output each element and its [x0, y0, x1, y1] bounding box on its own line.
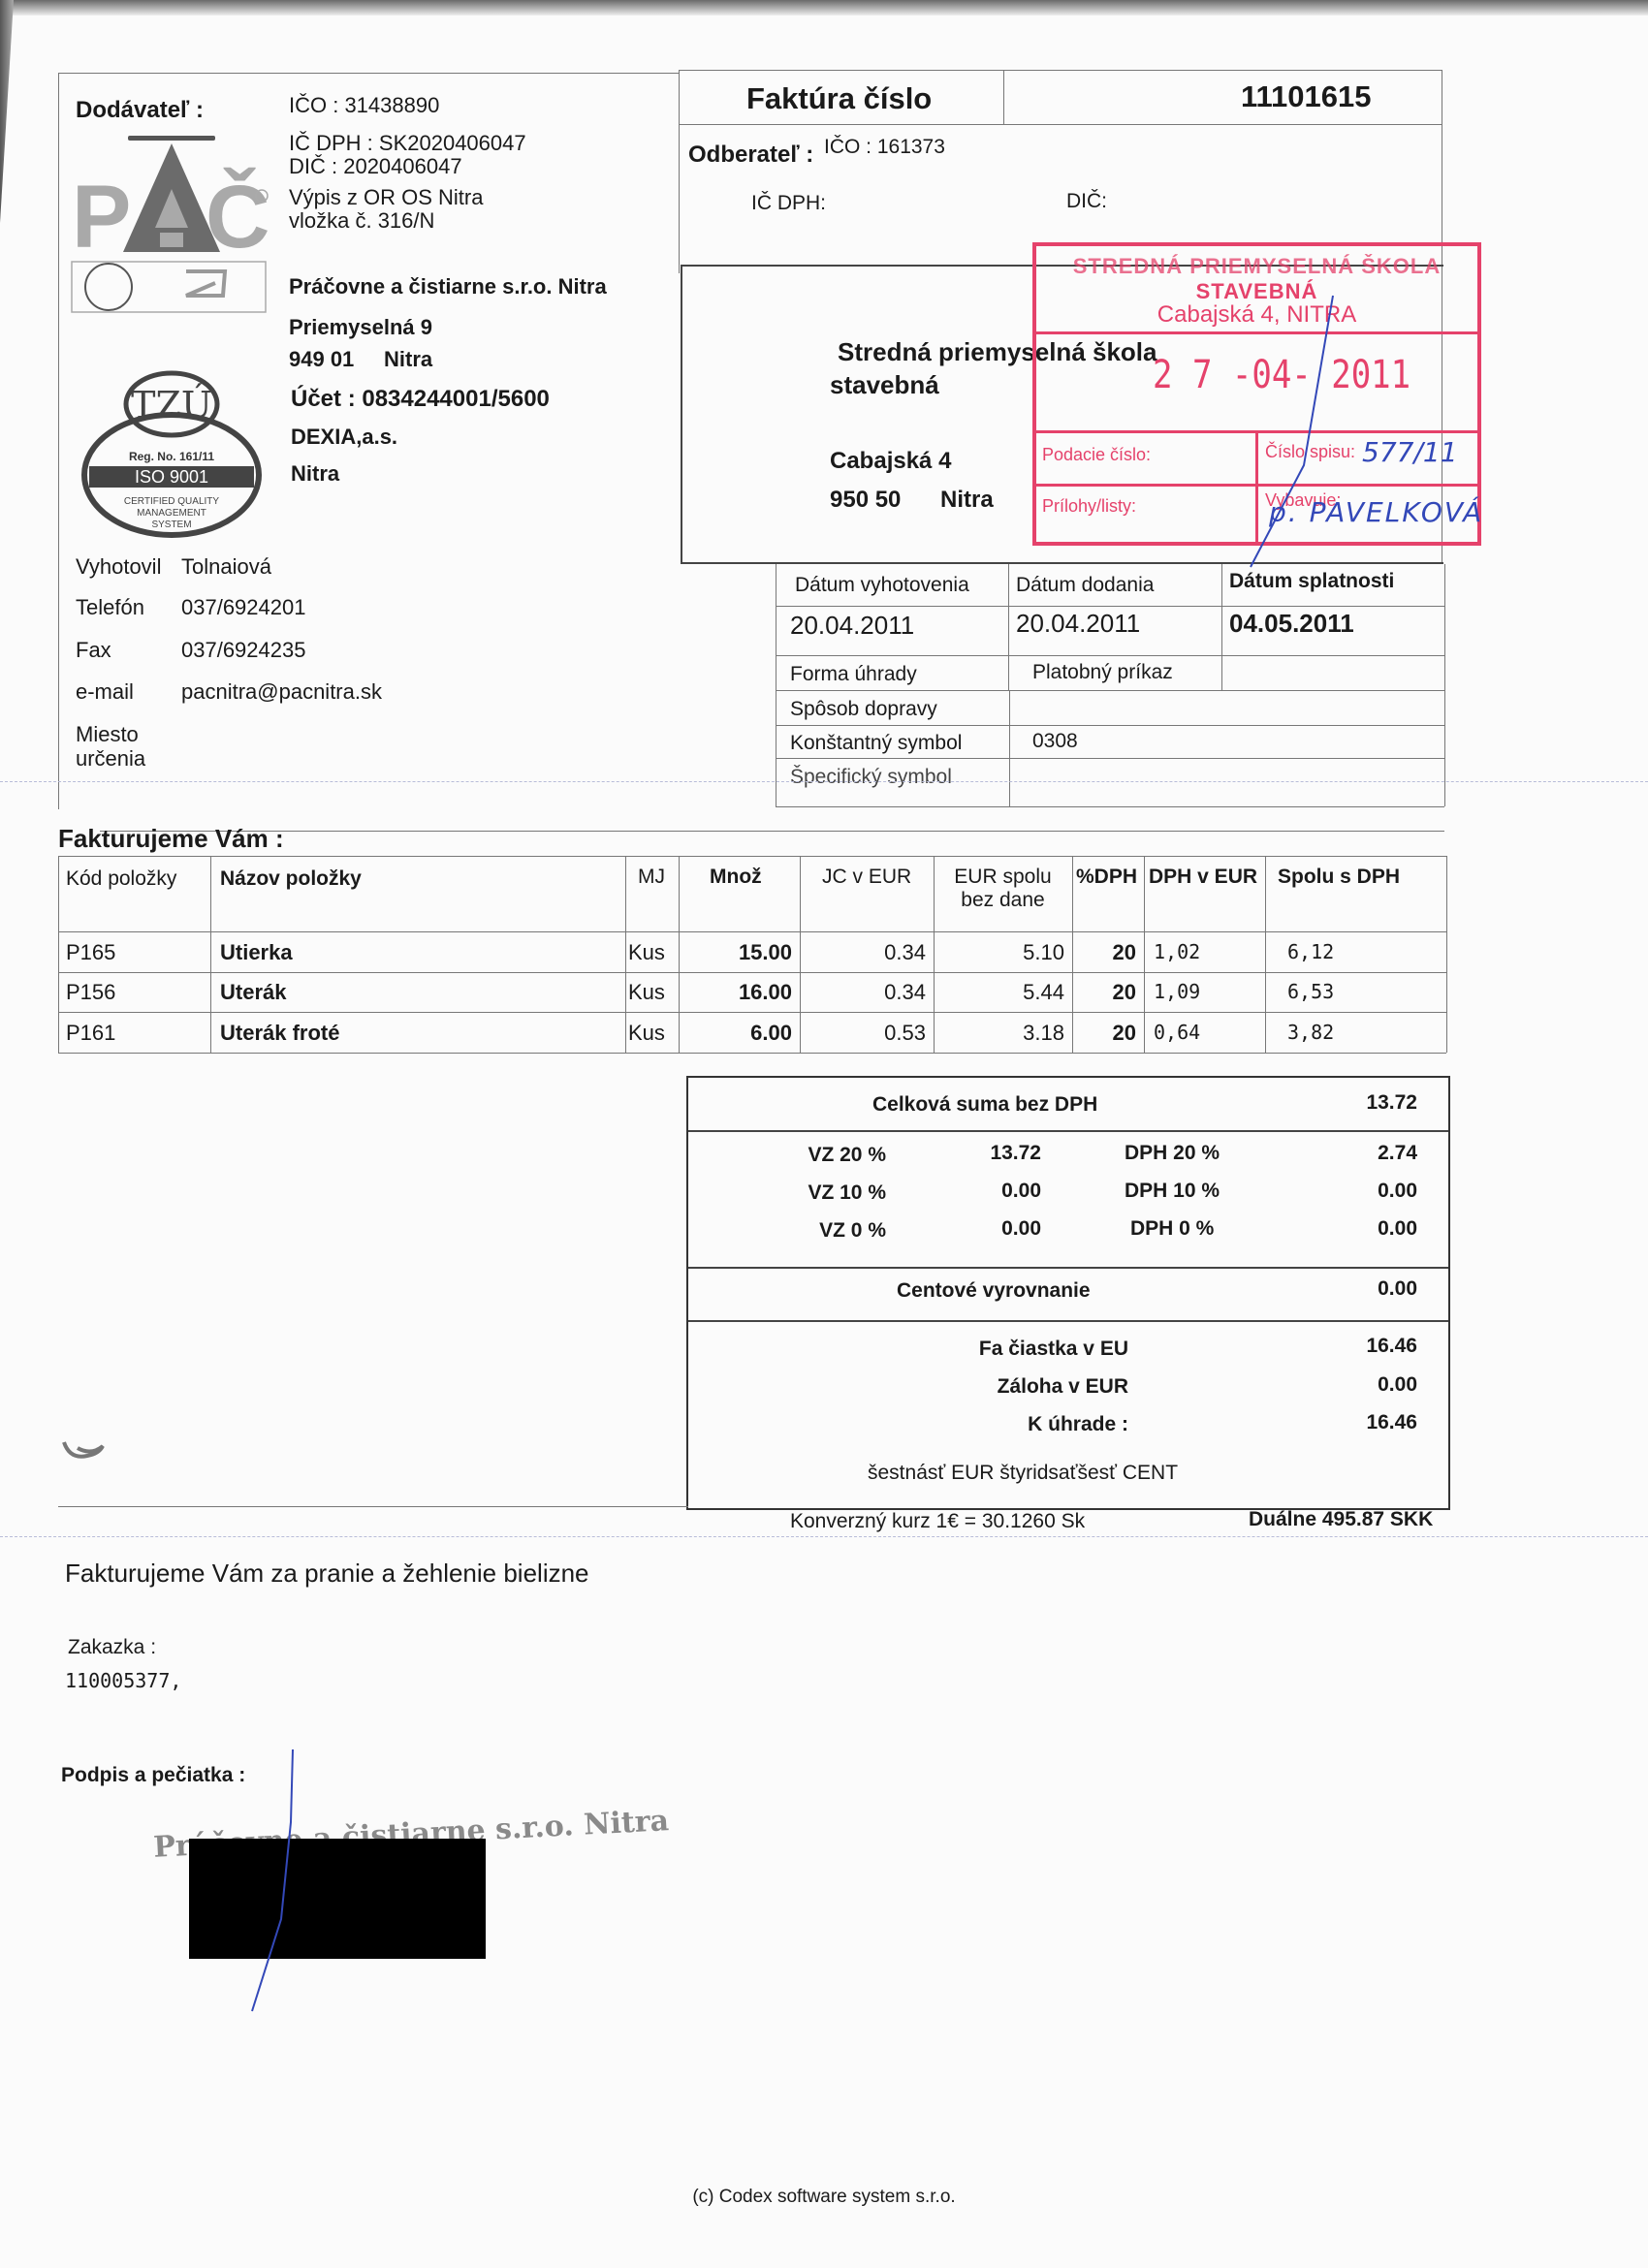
- iso-cert-logo: TZÚ Reg. No. 161/11 ISO 9001 CERTIFIED Q…: [79, 363, 264, 538]
- contact-fax: 037/6924235: [181, 638, 305, 663]
- stamp-file-value: 577/11: [1362, 436, 1458, 468]
- vat-base-label-20: VZ 20 %: [808, 1144, 886, 1167]
- cell-code: P165: [66, 940, 115, 965]
- stamp-line-1: STREDNÁ PRIEMYSELNÁ ŠKOLA: [1036, 254, 1477, 279]
- invoice-number: 11101615: [1241, 79, 1372, 114]
- col-code: Kód položky: [66, 867, 176, 891]
- table-row: P165UtierkaKus15.000.345.10201,026,12: [58, 931, 1446, 972]
- summary-left-line: [58, 1506, 688, 1507]
- cell-vat: 1,09: [1154, 980, 1200, 1003]
- scan-streak: [0, 781, 1648, 782]
- row-divider: [58, 1053, 1446, 1054]
- cell-unit: Kus: [628, 1021, 665, 1046]
- cell-unit-price: 0.34: [800, 980, 926, 1005]
- vat-base-label-0: VZ 0 %: [819, 1219, 886, 1243]
- svg-text:CERTIFIED QUALITY: CERTIFIED QUALITY: [124, 496, 219, 507]
- dates-left-line: [776, 564, 776, 806]
- customer-zip: 950 50: [830, 487, 901, 514]
- contact-phone: 037/6924201: [181, 595, 305, 620]
- dates-col-line-1: [1008, 564, 1009, 690]
- invoice-amount-label: Fa čiastka v EU: [979, 1338, 1128, 1361]
- vat-base-0: 0.00: [1001, 1217, 1041, 1241]
- vat-base-20: 13.72: [990, 1142, 1041, 1165]
- svg-text:P: P: [72, 168, 131, 267]
- stamp-filing-label: Podacie číslo:: [1042, 445, 1151, 465]
- summary-line-1: [688, 1130, 1448, 1132]
- payment-line-3: [776, 758, 1444, 759]
- iso-certificate-icon: TZÚ Reg. No. 161/11 ISO 9001 CERTIFIED Q…: [79, 363, 264, 538]
- vat-label-20: DPH 20 %: [1125, 1142, 1220, 1165]
- cell-gross: 3,82: [1287, 1021, 1334, 1044]
- total-net-value: 13.72: [1366, 1091, 1417, 1115]
- items-col-line: [1446, 856, 1447, 1053]
- col-gross: Spolu s DPH: [1278, 866, 1400, 889]
- transport-label: Spôsob dopravy: [790, 698, 937, 721]
- cell-vat-pct: 20: [1072, 1021, 1136, 1046]
- destination-label-1: Miesto: [76, 722, 139, 747]
- cell-qty: 15.00: [679, 940, 792, 965]
- contact-email[interactable]: pacnitra@pacnitra.sk: [181, 679, 382, 705]
- items-heading-line: [100, 831, 1444, 832]
- invoice-note: Fakturujeme Vám za pranie a žehlenie bie…: [65, 1559, 589, 1589]
- signature-stroke-icon: [233, 1745, 301, 2016]
- supplier-register-1: Výpis z OR OS Nitra: [289, 185, 483, 210]
- order-label: Zakazka :: [68, 1636, 156, 1659]
- rounding-value: 0.00: [1378, 1277, 1417, 1301]
- delivery-date-value: 20.04.2011: [1016, 609, 1140, 639]
- contact-label-email: e-mail: [76, 679, 134, 705]
- payment-line-2: [776, 725, 1444, 726]
- stamp-attachments-label: Prílohy/listy:: [1042, 496, 1136, 517]
- supplier-ic-dph: IČ DPH : SK2020406047: [289, 131, 526, 156]
- cell-vat: 0,64: [1154, 1021, 1200, 1044]
- specific-symbol-label: Špecifický symbol: [790, 766, 952, 789]
- frame-left: [58, 73, 59, 809]
- invoice-amount-value: 16.46: [1366, 1335, 1417, 1358]
- supplier-bank-city: Nitra: [291, 461, 339, 487]
- col-net-1: EUR spolu: [934, 866, 1072, 889]
- scan-streak: [0, 1536, 1648, 1537]
- vat-20: 2.74: [1378, 1142, 1417, 1165]
- paper-corner-shadow: [0, 0, 14, 223]
- delivery-date-label: Dátum dodania: [1016, 574, 1154, 597]
- due-date-label: Dátum splatnosti: [1229, 570, 1394, 593]
- supplier-register-2: vložka č. 316/N: [289, 208, 434, 234]
- vat-0: 0.00: [1378, 1217, 1417, 1241]
- frame-top-left: [58, 73, 679, 74]
- summary-line-3: [688, 1320, 1448, 1322]
- contact-label-fax: Fax: [76, 638, 111, 663]
- handwritten-stroke-icon: [1231, 291, 1338, 572]
- supplier-dic: DIČ : 2020406047: [289, 154, 462, 179]
- pac-logo-icon: P Č: [70, 136, 273, 315]
- vat-label-0: DPH 0 %: [1130, 1217, 1214, 1241]
- header-left-line: [679, 70, 680, 273]
- dates-right-line: [1444, 564, 1445, 806]
- supplier-city: Nitra: [384, 347, 432, 372]
- cell-unit: Kus: [628, 980, 665, 1005]
- paper-fold-shadow: [0, 0, 1648, 16]
- cell-gross: 6,53: [1287, 980, 1334, 1003]
- header-row-line: [679, 124, 1442, 125]
- cell-net: 5.44: [934, 980, 1064, 1005]
- cell-unit: Kus: [628, 940, 665, 965]
- signature-label: Podpis a pečiatka :: [61, 1764, 245, 1787]
- constant-symbol-value: 0308: [1032, 730, 1078, 753]
- due-date-value: 04.05.2011: [1229, 609, 1354, 639]
- cell-vat-pct: 20: [1072, 940, 1136, 965]
- col-vat: DPH v EUR: [1149, 866, 1257, 889]
- rounding-label: Centové vyrovnanie: [897, 1279, 1091, 1303]
- svg-text:SYSTEM: SYSTEM: [151, 520, 191, 530]
- col-vat-pct: %DPH: [1076, 866, 1137, 889]
- payment-col-line: [1009, 690, 1010, 806]
- supplier-logo: P Č: [70, 136, 273, 315]
- to-pay-label: K úhrade :: [1028, 1413, 1128, 1436]
- supplier-ico: IČO : 31438890: [289, 93, 439, 118]
- items-top-line: [58, 856, 1446, 857]
- col-unit-price: JC v EUR: [822, 866, 911, 889]
- header-top-line: [679, 70, 1442, 71]
- dual-amount: Duálne 495.87 SKK: [1249, 1508, 1433, 1531]
- supplier-account: Účet : 0834244001/5600: [291, 386, 550, 413]
- supplier-street: Priemyselná 9: [289, 315, 432, 340]
- dates-col-line-2: [1221, 564, 1222, 690]
- amount-in-words: šestnásť EUR štyridsaťšesť CENT: [868, 1462, 1178, 1485]
- supplier-bank: DEXIA,a.s.: [291, 425, 397, 450]
- vat-base-label-10: VZ 10 %: [808, 1181, 886, 1205]
- col-unit: MJ: [638, 866, 665, 889]
- issue-date-value: 20.04.2011: [790, 611, 914, 641]
- address-box-left: [681, 265, 682, 562]
- destination-label-2: určenia: [76, 746, 145, 772]
- contact-label-phone: Telefón: [76, 595, 144, 620]
- customer-city: Nitra: [940, 487, 994, 514]
- dates-header-line: [776, 606, 1444, 607]
- vat-base-10: 0.00: [1001, 1180, 1041, 1203]
- payment-method-label: Forma úhrady: [790, 663, 917, 686]
- vat-label-10: DPH 10 %: [1125, 1180, 1220, 1203]
- payment-method-value: Platobný príkaz: [1032, 661, 1173, 684]
- constant-symbol-label: Konštantný symbol: [790, 732, 962, 755]
- cell-unit-price: 0.53: [800, 1021, 926, 1046]
- svg-text:MANAGEMENT: MANAGEMENT: [137, 508, 206, 519]
- table-row: P156UterákKus16.000.345.44201,096,53: [58, 971, 1446, 1012]
- deposit-label: Záloha v EUR: [998, 1375, 1128, 1399]
- cell-vat-pct: 20: [1072, 980, 1136, 1005]
- items-heading: Fakturujeme Vám :: [58, 824, 284, 854]
- summary-box: Celková suma bez DPH 13.72 VZ 20 % 13.72…: [686, 1076, 1450, 1510]
- svg-text:Reg. No. 161/11: Reg. No. 161/11: [129, 450, 214, 463]
- cell-gross: 6,12: [1287, 940, 1334, 963]
- supplier-label: Dodávateľ :: [76, 97, 204, 124]
- order-value: 110005377,: [65, 1669, 181, 1692]
- vat-10: 0.00: [1378, 1180, 1417, 1203]
- cell-net: 5.10: [934, 940, 1064, 965]
- customer-name-2: stavebná: [830, 370, 939, 400]
- svg-text:ISO 9001: ISO 9001: [135, 467, 208, 487]
- dates-value-line: [776, 655, 1444, 656]
- customer-ic-dph-label: IČ DPH:: [751, 192, 826, 215]
- cell-qty: 6.00: [679, 1021, 792, 1046]
- cell-name: Uterák froté: [220, 1021, 339, 1046]
- cell-code: P161: [66, 1021, 115, 1046]
- customer-street: Cabajská 4: [830, 448, 951, 475]
- customer-dic-label: DIČ:: [1066, 190, 1107, 213]
- header-mid-line: [1003, 70, 1004, 124]
- contact-author: Tolnaiová: [181, 554, 271, 580]
- cell-code: P156: [66, 980, 115, 1005]
- cell-name: Utierka: [220, 940, 293, 965]
- col-qty: Množ: [710, 866, 762, 889]
- col-net-2: bez dane: [934, 889, 1072, 912]
- footer-copyright: (c) Codex software system s.r.o.: [0, 2187, 1648, 2208]
- cell-qty: 16.00: [679, 980, 792, 1005]
- supplier-zip: 949 01: [289, 347, 354, 372]
- conversion-rate: Konverzný kurz 1€ = 30.1260 Sk: [790, 1510, 1085, 1533]
- to-pay-value: 16.46: [1366, 1411, 1417, 1434]
- scan-blob-icon: [60, 1440, 109, 1469]
- cell-vat: 1,02: [1154, 940, 1200, 963]
- cell-net: 3.18: [934, 1021, 1064, 1046]
- col-name: Názov položky: [220, 867, 362, 891]
- payment-line-4: [776, 806, 1444, 807]
- cell-name: Uterák: [220, 980, 286, 1005]
- contact-label-author: Vyhotovil: [76, 554, 161, 580]
- supplier-company: Práčovne a čistiarne s.r.o. Nitra: [289, 274, 607, 299]
- summary-line-2: [688, 1267, 1448, 1269]
- table-row: P161Uterák frotéKus6.000.533.18200,643,8…: [58, 1012, 1446, 1053]
- customer-ico: IČO : 161373: [824, 136, 945, 159]
- customer-label: Odberateľ :: [688, 142, 813, 169]
- total-net-label: Celková suma bez DPH: [872, 1093, 1097, 1117]
- issue-date-label: Dátum vyhotovenia: [795, 574, 969, 597]
- invoice-title: Faktúra číslo: [746, 81, 932, 116]
- deposit-value: 0.00: [1378, 1373, 1417, 1397]
- cell-unit-price: 0.34: [800, 940, 926, 965]
- payment-line-1: [776, 690, 1444, 691]
